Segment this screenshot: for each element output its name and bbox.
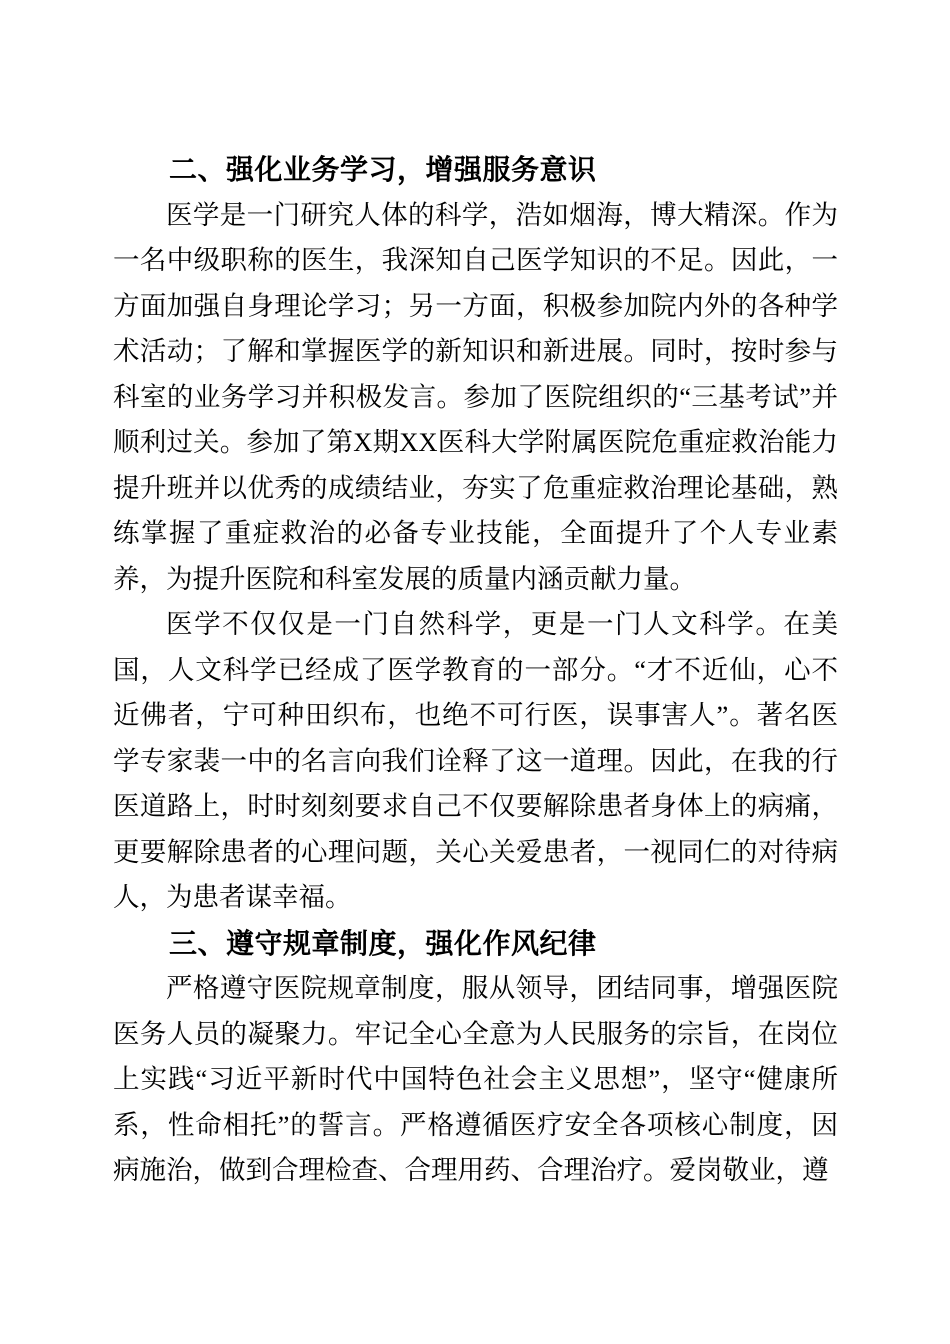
section-heading-3: 三、遵守规章制度，强化作风纪律 bbox=[113, 921, 838, 967]
paragraph-business-study: 医学是一门研究人体的科学，浩如烟海，博大精深。作为一名中级职称的医生，我深知自己… bbox=[113, 193, 838, 603]
document-body: 二、强化业务学习，增强服务意识 医学是一门研究人体的科学，浩如烟海，博大精深。作… bbox=[113, 147, 838, 1194]
paragraph-rules-discipline: 严格遵守医院规章制度，服从领导，团结同事，增强医院医务人员的凝聚力。牢记全心全意… bbox=[113, 966, 838, 1194]
paragraph-humanities: 医学不仅仅是一门自然科学，更是一门人文科学。在美国，人文科学已经成了医学教育的一… bbox=[113, 602, 838, 921]
section-heading-2: 二、强化业务学习，增强服务意识 bbox=[113, 147, 838, 193]
document-page: 二、强化业务学习，增强服务意识 医学是一门研究人体的科学，浩如烟海，博大精深。作… bbox=[0, 0, 950, 1344]
